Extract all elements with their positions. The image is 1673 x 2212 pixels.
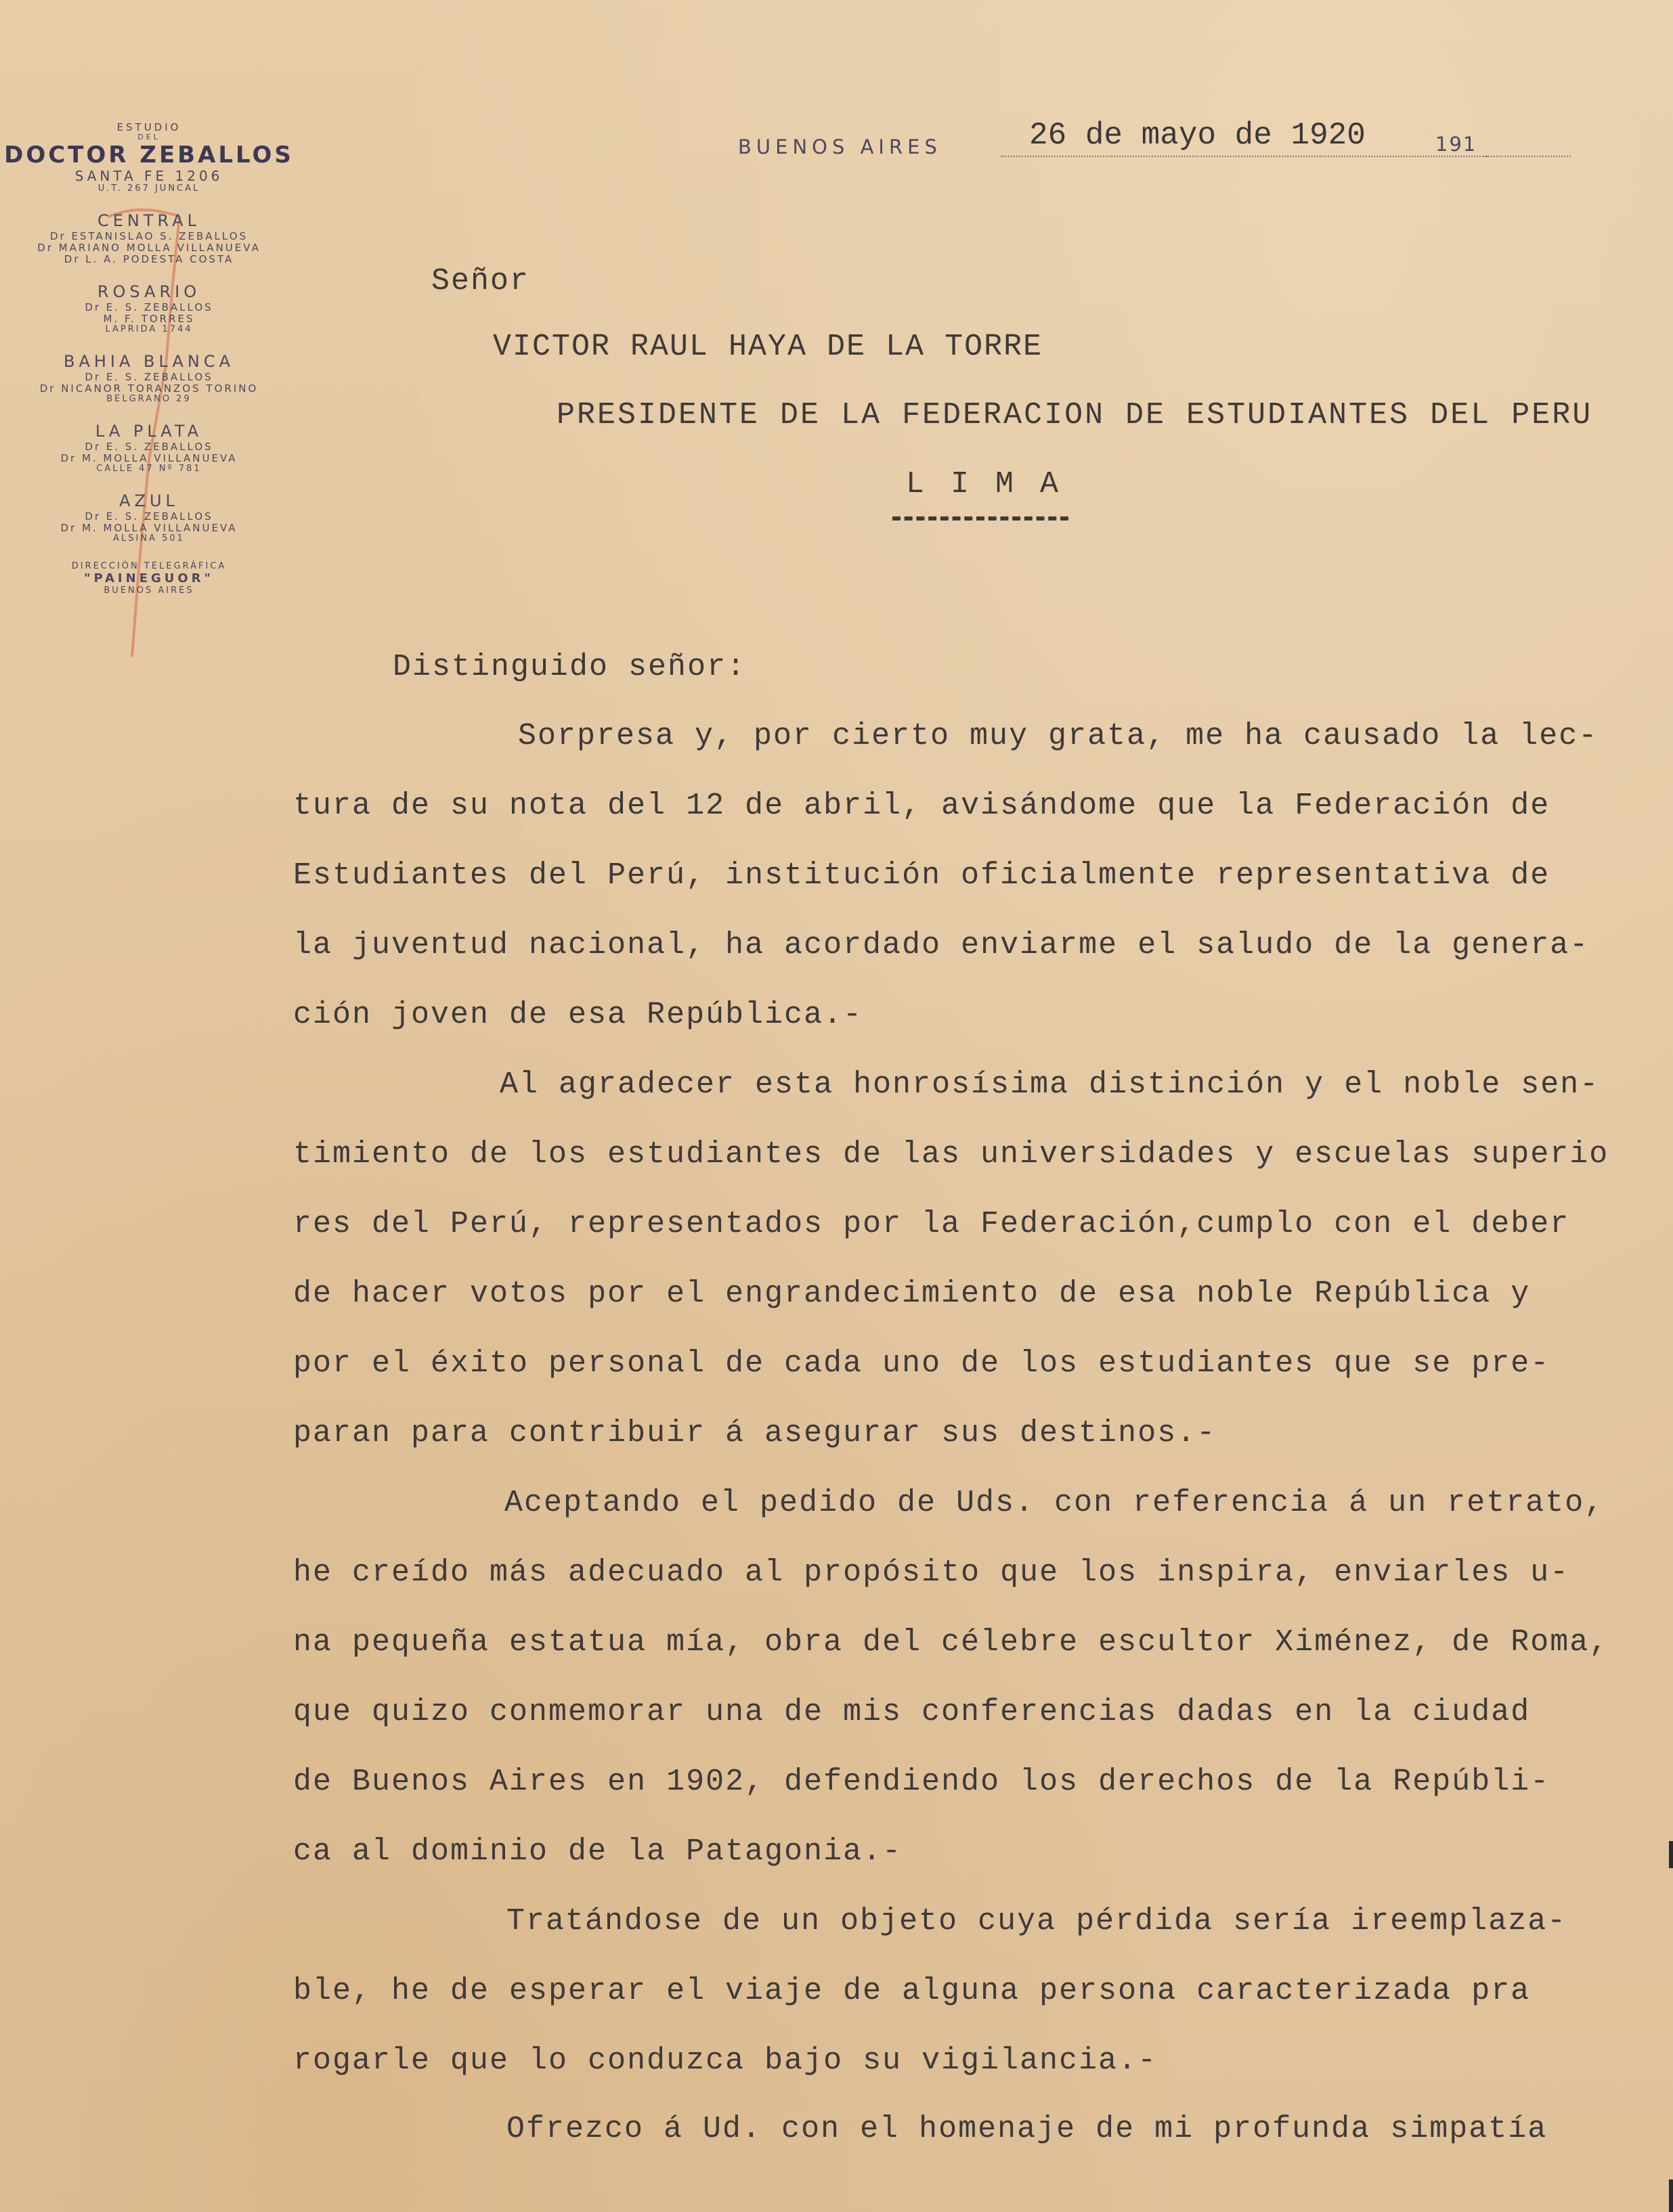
year-fill-line — [1483, 120, 1571, 157]
letterhead-estudio: ESTUDIO — [0, 122, 298, 133]
office-azul: AZUL Dr E. S. ZEBALLOS Dr M. MOLLA VILLA… — [0, 492, 298, 544]
greeting: Distinguido señor: — [393, 650, 746, 684]
letterhead-title-block: ESTUDIO DEL DOCTOR ZEBALLOS SANTA FE 120… — [0, 122, 298, 194]
office-line: Dr L. A. PODESTA COSTA — [0, 254, 298, 265]
office-bahia-blanca: BAHIA BLANCA Dr E. S. ZEBALLOS Dr NICANO… — [0, 353, 298, 405]
body-line: tura de su nota del 12 de abril, avisánd… — [293, 789, 1550, 823]
office-line: Dr E. S. ZEBALLOS — [0, 302, 298, 313]
office-rosario: ROSARIO Dr E. S. ZEBALLOS M. F. TORRES L… — [0, 283, 298, 335]
letterhead-phone: U.T. 267 JUNCAL — [0, 184, 298, 194]
separator-dashes — [892, 516, 1068, 525]
office-city: ROSARIO — [0, 283, 298, 302]
body-line: na pequeña estatua mía, obra del célebre… — [293, 1625, 1609, 1660]
office-city: BAHIA BLANCA — [0, 353, 298, 372]
dateline-city: BUENOS AIRES — [738, 135, 942, 158]
office-line: Dr E. S. ZEBALLOS — [0, 511, 298, 523]
office-line: CALLE 47 Nº 781 — [0, 464, 298, 474]
office-city: LA PLATA — [0, 422, 298, 441]
page-edge-mark — [1669, 2180, 1673, 2212]
body-line: ble, he de esperar el viaje de alguna pe… — [293, 1974, 1530, 2008]
body-line: Ofrezco á Ud. con el homenaje de mi prof… — [506, 2112, 1547, 2146]
body-line: timiento de los estudiantes de las unive… — [293, 1137, 1609, 1172]
dateline: BUENOS AIRES 26 de mayo de 1920 191 — [738, 120, 1584, 161]
office-line: M. F. TORRES — [0, 313, 298, 325]
body-line: rogarle que lo conduzca bajo su vigilanc… — [293, 2043, 1157, 2078]
body-line: he creído más adecuado al propósito que … — [293, 1555, 1569, 1590]
body-line: paran para contribuir á asegurar sus des… — [293, 1416, 1216, 1451]
office-line: ALSINA 501 — [0, 534, 298, 544]
addressee-city: L I M A — [906, 467, 1062, 502]
letterhead-del: DEL — [0, 133, 298, 142]
body-line: Estudiantes del Perú, institución oficia… — [293, 858, 1550, 893]
office-central: CENTRAL Dr ESTANISLAO S. ZEBALLOS Dr MAR… — [0, 212, 298, 265]
body-line: ción joven de esa República.- — [293, 998, 863, 1032]
page-edge-mark — [1669, 1841, 1673, 1868]
body-line: Al agradecer esta honrosísima distinción… — [500, 1067, 1599, 1102]
office-line: Dr MARIANO MOLLA VILLANUEVA — [0, 242, 298, 254]
telegraph-city: BUENOS AIRES — [0, 586, 298, 596]
body-line: la juventud nacional, ha acordado enviar… — [293, 928, 1589, 963]
addressee-title: Señor — [431, 264, 529, 298]
dateline-date: 26 de mayo de 1920 — [1029, 118, 1366, 153]
addressee-name: VICTOR RAUL HAYA DE LA TORRE — [493, 330, 1043, 364]
body-line: de Buenos Aires en 1902, defendiendo los… — [293, 1765, 1550, 1799]
office-city: AZUL — [0, 492, 298, 511]
letterhead: ESTUDIO DEL DOCTOR ZEBALLOS SANTA FE 120… — [0, 122, 298, 614]
office-city: CENTRAL — [0, 212, 298, 231]
body-line: Sorpresa y, por cierto muy grata, me ha … — [518, 719, 1598, 753]
telegraph-code: "PAINEGUOR" — [0, 572, 298, 586]
addressee-position: PRESIDENTE DE LA FEDERACION DE ESTUDIANT… — [557, 398, 1592, 433]
body-line: de hacer votos por el engrandecimiento d… — [293, 1277, 1530, 1311]
office-line: Dr M. MOLLA VILLANUEVA — [0, 523, 298, 534]
office-line: LAPRIDA 1744 — [0, 325, 298, 335]
office-line: BELGRANO 29 — [0, 395, 298, 405]
office-line: Dr E. S. ZEBALLOS — [0, 372, 298, 383]
office-la-plata: LA PLATA Dr E. S. ZEBALLOS Dr M. MOLLA V… — [0, 422, 298, 474]
telegraph-label: DIRECCIÓN TELEGRÁFICA — [0, 562, 298, 572]
dateline-year-prefix: 191 — [1435, 133, 1477, 156]
body-line: ca al dominio de la Patagonia.- — [293, 1834, 902, 1869]
body-line: Tratándose de un objeto cuya pérdida ser… — [506, 1904, 1567, 1939]
body-line: por el éxito personal de cada uno de los… — [293, 1346, 1550, 1381]
body-line: Aceptando el pedido de Uds. con referenc… — [504, 1486, 1604, 1520]
letterhead-address: SANTA FE 1206 — [0, 169, 298, 184]
office-line: Dr ESTANISLAO S. ZEBALLOS — [0, 231, 298, 242]
office-line: Dr NICANOR TORANZOS TORINO — [0, 383, 298, 395]
letterhead-firm-name: DOCTOR ZEBALLOS — [0, 142, 298, 169]
office-line: Dr M. MOLLA VILLANUEVA — [0, 453, 298, 464]
office-line: Dr E. S. ZEBALLOS — [0, 441, 298, 453]
body-line: res del Perú, representados por la Feder… — [293, 1207, 1569, 1241]
body-line: que quizo conmemorar una de mis conferen… — [293, 1695, 1530, 1729]
telegraph-block: DIRECCIÓN TELEGRÁFICA "PAINEGUOR" BUENOS… — [0, 562, 298, 596]
